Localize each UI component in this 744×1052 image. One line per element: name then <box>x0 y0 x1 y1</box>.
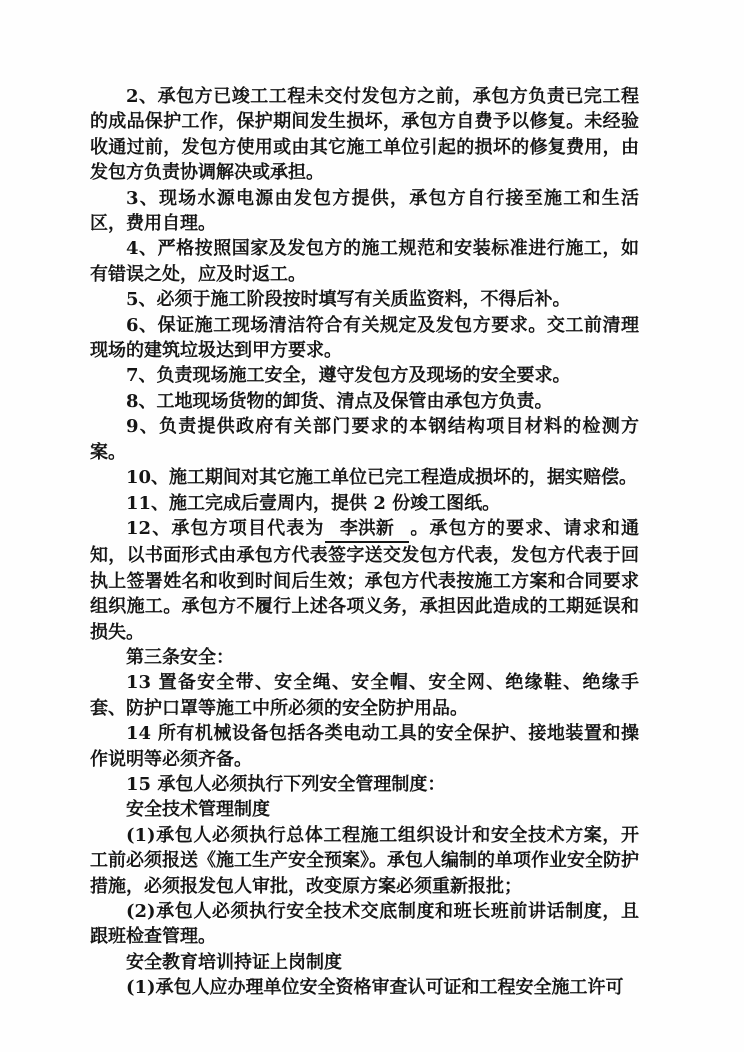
safety-tech-item-1: (1)承包人必须执行总体工程施工组织设计和安全技术方案，开工前必须报送《施工生产… <box>90 823 639 899</box>
clause-10: 10、施工期间对其它施工单位已完工程造成损坏的，据实赔偿。 <box>90 465 639 490</box>
clause-12-prefix: 12、承包方项目代表为 <box>126 518 325 539</box>
clause-2: 2、承包方已竣工工程未交付发包方之前，承包方负责已完工程的成品保护工作，保护期间… <box>90 84 639 186</box>
clause-5: 5、必须于施工阶段按时填写有关质监资料，不得后补。 <box>90 287 639 312</box>
clause-8: 8、工地现场货物的卸货、清点及保管由承包方负责。 <box>90 389 639 414</box>
safety-training-heading: 安全教育培训持证上岗制度 <box>90 950 639 975</box>
article-3-safety-heading: 第三条安全： <box>90 645 639 670</box>
clause-3: 3、现场水源电源由发包方提供，承包方自行接至施工和生活区，费用自理。 <box>90 186 639 237</box>
contract-text-block: 2、承包方已竣工工程未交付发包方之前，承包方负责已完工程的成品保护工作，保护期间… <box>90 84 639 1001</box>
clause-4: 4、严格按照国家及发包方的施工规范和安装标准进行施工，如有错误之处，应及时返工。 <box>90 236 639 287</box>
clause-15: 15 承包人必须执行下列安全管理制度： <box>90 772 639 797</box>
clause-9: 9、负责提供政府有关部门要求的本钢结构项目材料的检测方案。 <box>90 414 639 465</box>
clause-11: 11、施工完成后壹周内，提供 2 份竣工图纸。 <box>90 491 639 516</box>
clause-7: 7、负责现场施工安全，遵守发包方及现场的安全要求。 <box>90 363 639 388</box>
safety-tech-item-2: (2)承包人必须执行安全技术交底制度和班长班前讲话制度，且跟班检查管理。 <box>90 899 639 950</box>
clause-12: 12、承包方项目代表为李洪新。承包方的要求、请求和通知，以书面形式由承包方代表签… <box>90 516 639 645</box>
safety-training-item-1: (1)承包人应办理单位安全资格审查认可证和工程安全施工许可 <box>90 975 639 1000</box>
clause-13: 13 置备安全带、安全绳、安全帽、安全网、绝缘鞋、绝缘手套、防护口罩等施工中所必… <box>90 670 639 721</box>
document-page: 2、承包方已竣工工程未交付发包方之前，承包方负责已完工程的成品保护工作，保护期间… <box>0 0 744 1052</box>
clause-14: 14 所有机械设备包括各类电动工具的安全保护、接地装置和操作说明等必须齐备。 <box>90 721 639 772</box>
safety-tech-management-heading: 安全技术管理制度 <box>90 797 639 822</box>
clause-6: 6、保证施工现场清洁符合有关规定及发包方要求。交工前清理现场的建筑垃圾达到甲方要… <box>90 313 639 364</box>
contractor-representative-name: 李洪新 <box>325 516 410 543</box>
